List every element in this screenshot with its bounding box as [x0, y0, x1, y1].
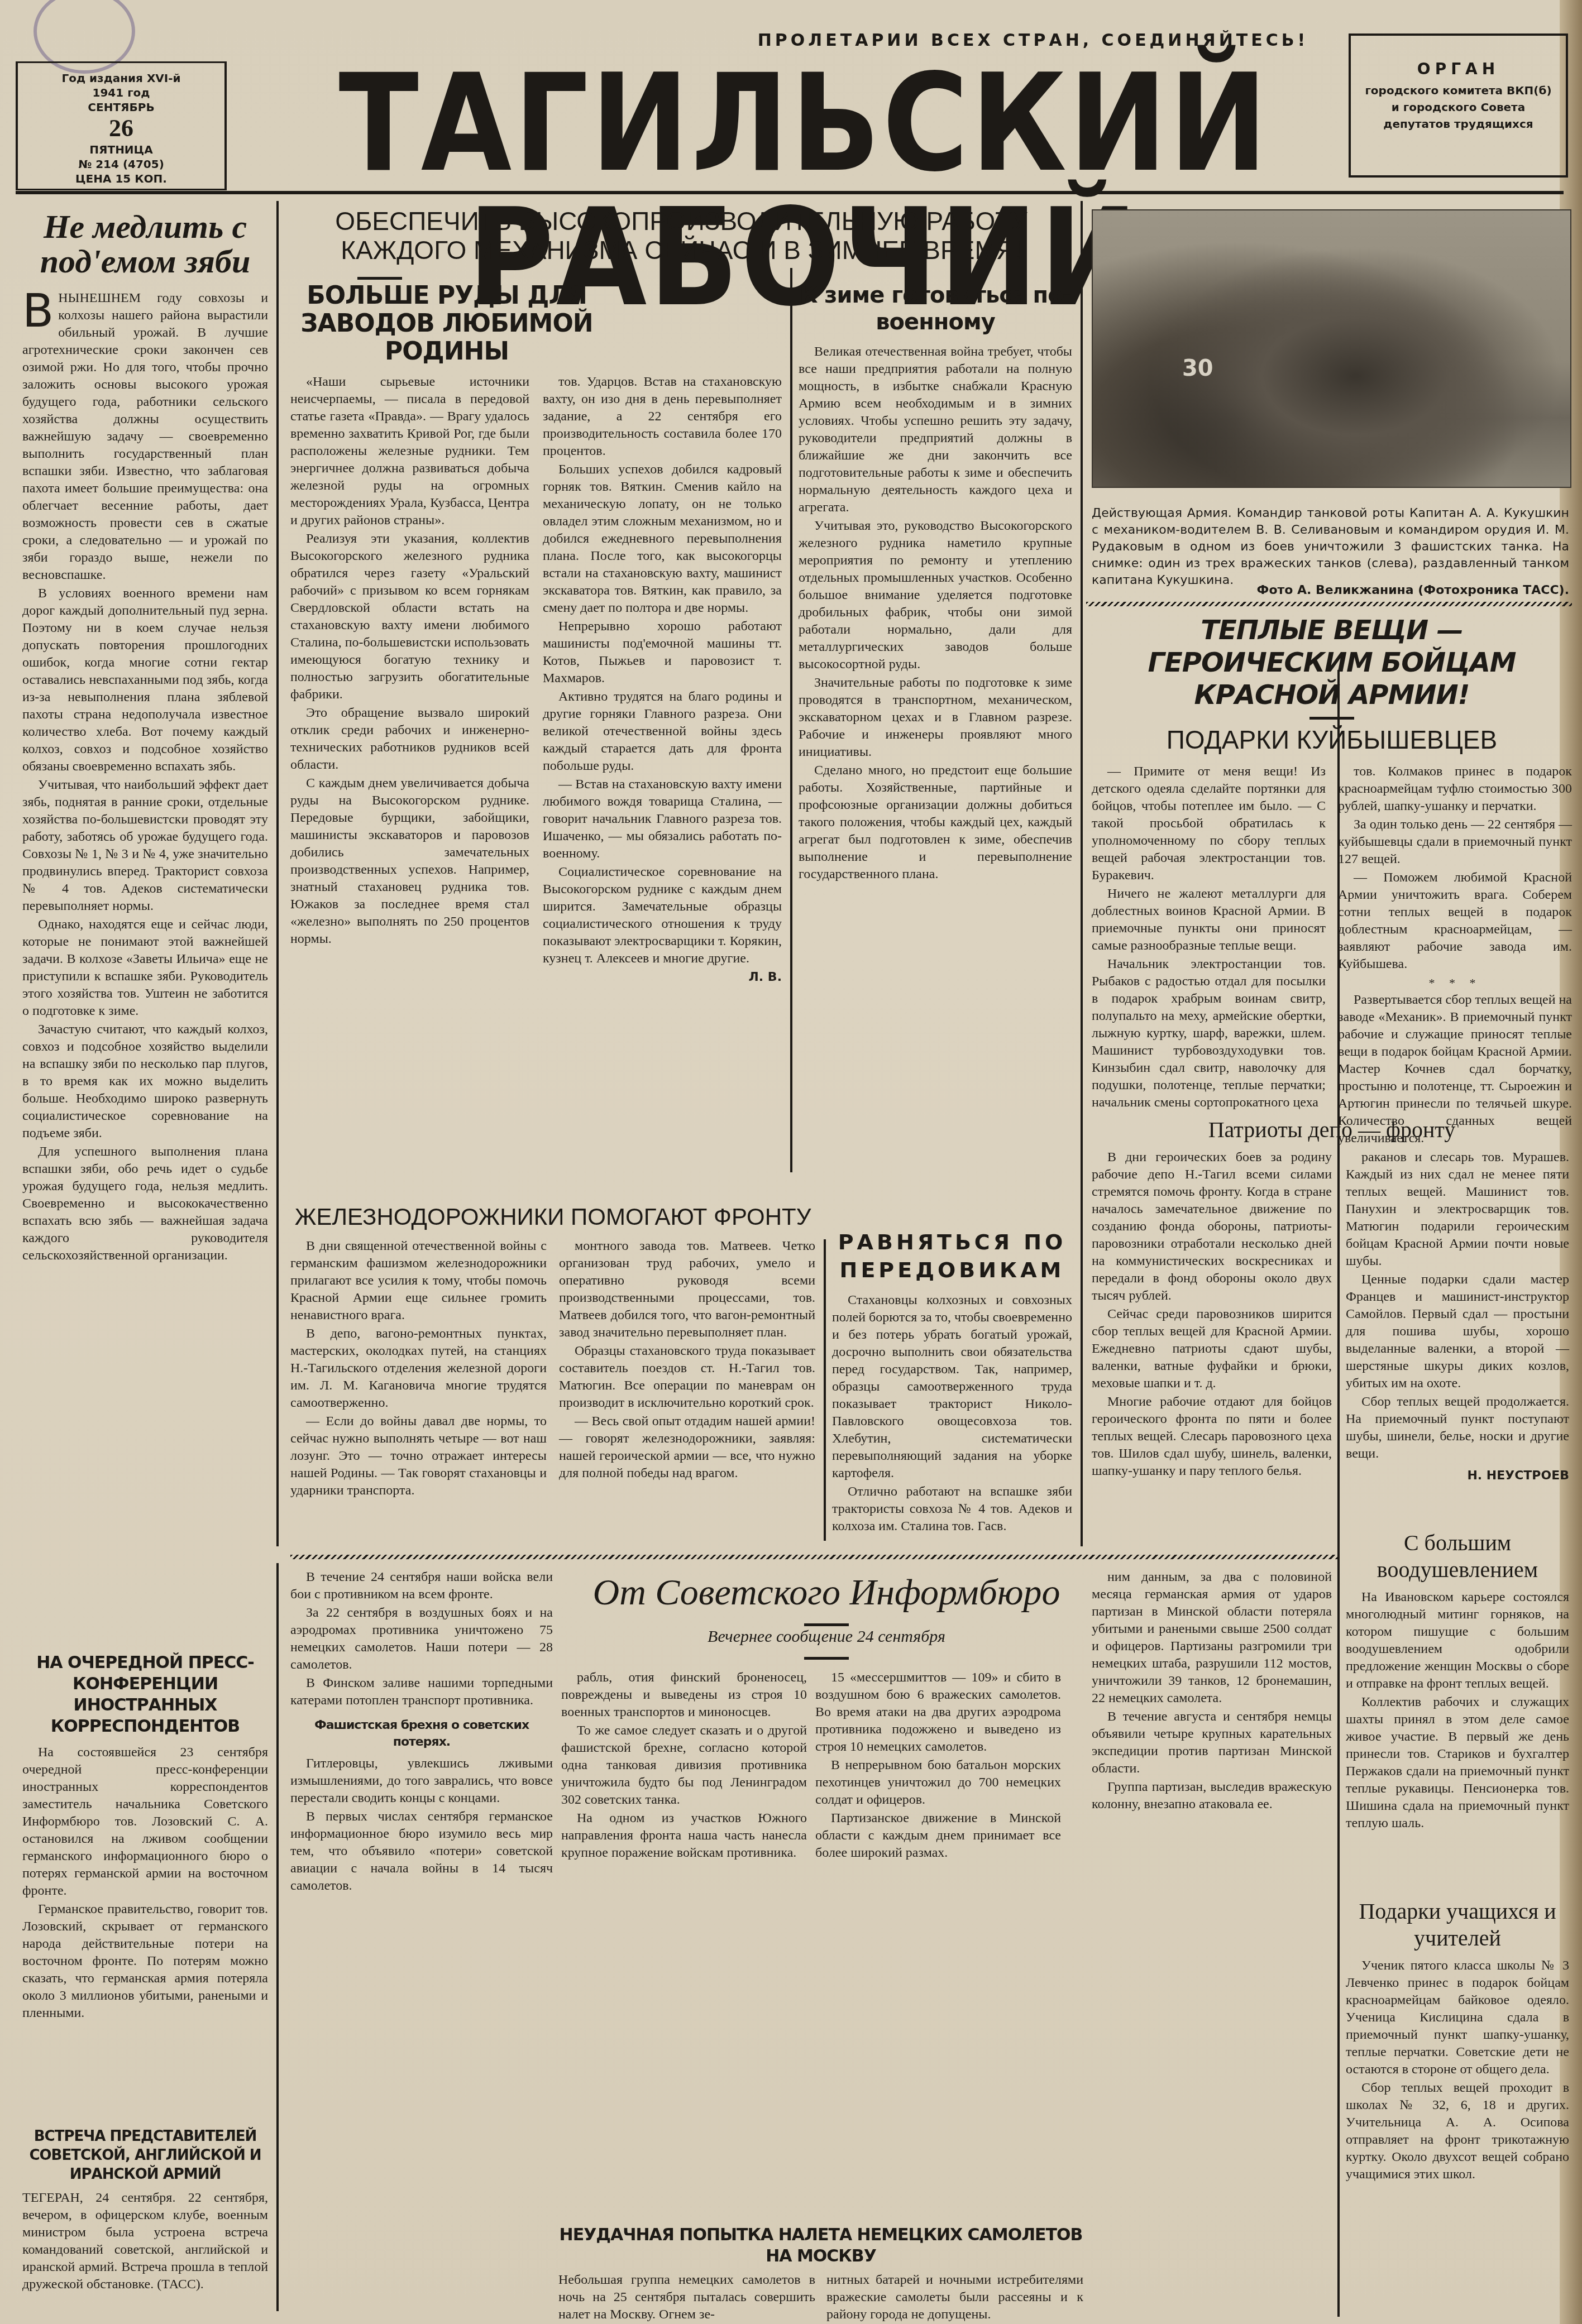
- sovinform-column-1: В течение 24 сентября наши войска вели б…: [290, 1569, 553, 1896]
- issue-year: 1941 год: [18, 85, 224, 100]
- paragraph: В течение 24 сентября наши войска вели б…: [290, 1569, 553, 1603]
- paragraph: — Весь свой опыт отдадим нашей армии! — …: [559, 1413, 815, 1482]
- ore-article: БОЛЬШЕ РУДЫ ДЛЯ ЗАВОДОВ ЛЮБИМОЙ РОДИНЫ «…: [290, 282, 782, 986]
- signature: Н. НЕУСТРОЕВ: [1346, 1467, 1569, 1484]
- paragraph: На состоявшейся 23 сентября очередной пр…: [22, 1744, 268, 1900]
- raid-article: НЕУДАЧНАЯ ПОПЫТКА НАЛЕТА НЕМЕЦКИХ САМОЛЕ…: [558, 2225, 1083, 2323]
- photo-credit: Фото А. Великжанина (Фотохроника ТАСС).: [1092, 583, 1569, 597]
- column-divider: [824, 1239, 826, 1541]
- paragraph: Значительные работы по подготовке к зиме…: [799, 674, 1072, 761]
- paragraph: За один только день — 22 сентября — куйб…: [1338, 816, 1572, 868]
- warm-things-title: ПОДАРКИ КУЙБЫШЕВЦЕВ: [1092, 725, 1572, 754]
- meeting-article: ВСТРЕЧА ПРЕДСТАВИТЕЛЕЙ СОВЕТСКОЙ, АНГЛИЙ…: [22, 2127, 268, 2293]
- ore-article-columns: «Наши сырьевые источники неисчерпаемы, —…: [290, 373, 782, 986]
- paragraph: Сделано много, но предстоит еще большие …: [799, 762, 1072, 883]
- paragraph: Ценные подарки сдали мастер Францев и ма…: [1346, 1271, 1569, 1392]
- wavy-divider: [290, 1555, 1337, 1559]
- depot-title: Патриоты депо — фронту: [1092, 1117, 1572, 1143]
- sovinform-column-3: 15 «мессершмиттов — 109» и сбито в возду…: [815, 1669, 1061, 1863]
- railway-article: ЖЕЛЕЗНОДОРОЖНИКИ ПОМОГАЮТ ФРОНТУ В дни с…: [290, 1203, 815, 1501]
- issue-number: № 214 (4705): [18, 157, 224, 171]
- railway-columns: В дни священной отечественной войны с ге…: [290, 1238, 815, 1501]
- paragraph: В дни героических боев за родину рабочие…: [1092, 1149, 1332, 1305]
- warm-things-columns: — Примите от меня вещи! Из детского одея…: [1092, 763, 1572, 1148]
- issue-info-box: Год издания XVI-й 1941 год СЕНТЯБРЬ 26 П…: [16, 61, 227, 190]
- article-body: На состоявшейся 23 сентября очередной пр…: [22, 1744, 268, 2022]
- sovinform-column-2: рабль, отия финский броненосец, поврежде…: [561, 1669, 807, 1863]
- railway-article-title: ЖЕЛЕЗНОДОРОЖНИКИ ПОМОГАЮТ ФРОНТУ: [290, 1203, 815, 1231]
- paragraph: Многие рабочие отдают для бойцов героиче…: [1092, 1393, 1332, 1480]
- paragraph: Сейчас среди паровозников ширится сбор т…: [1092, 1306, 1332, 1392]
- paragraph: ним данным, за два с половиной месяца ге…: [1092, 1569, 1332, 1707]
- paragraph: Партизанское движение в Минской области …: [815, 1810, 1061, 1862]
- paragraph: тов. Колмаков принес в подарок красноарм…: [1338, 763, 1572, 815]
- wavy-divider: [1086, 602, 1572, 606]
- paragraph: Коллектив рабочих и служащих шахты приня…: [1346, 1694, 1569, 1832]
- column: В дни священной отечественной войны с ге…: [290, 1238, 547, 1501]
- tank-number: 30: [1182, 356, 1213, 381]
- organ-line-2: и городского Совета: [1351, 99, 1566, 116]
- paragraph: «Наши сырьевые источники неисчерпаемы, —…: [290, 373, 529, 529]
- meeting-text: ТЕГЕРАН, 24 сентября. 22 сентября, вечер…: [22, 2189, 268, 2293]
- column: — Примите от меня вещи! Из детского одея…: [1092, 763, 1326, 1148]
- editorial: Не медлить с под'емом зяби В НЫНЕШНЕМ го…: [22, 209, 268, 1266]
- divider: [1309, 717, 1354, 720]
- raid-title: НЕУДАЧНАЯ ПОПЫТКА НАЛЕТА НЕМЕЦКИХ САМОЛЕ…: [558, 2225, 1083, 2267]
- depot-column-2: раканов и слесарь тов. Мурашев. Каждый и…: [1346, 1149, 1569, 1484]
- newspaper-page: ПРОЛЕТАРИИ ВСЕХ СТРАН, СОЕДИНЯЙТЕСЬ! ТАГ…: [0, 0, 1582, 2324]
- organ-line-1: городского комитета ВКП(б): [1351, 82, 1566, 99]
- paragraph: Больших успехов добился кадровый горняк …: [543, 461, 782, 617]
- paragraph: — Встав на стахановскую вахту имени люби…: [543, 776, 782, 862]
- signature: Л. В.: [543, 969, 782, 986]
- paragraph: рабль, отия финский броненосец, поврежде…: [561, 1669, 807, 1721]
- paragraph: 15 «мессершмиттов — 109» и сбито в возду…: [815, 1669, 1061, 1756]
- warm-things-banner: ТЕПЛЫЕ ВЕЩИ — ГЕРОИЧЕСКИМ БОЙЦАМ КРАСНОЙ…: [1092, 614, 1572, 711]
- winter-article: К зиме готовиться по-военному Великая от…: [799, 282, 1072, 884]
- sovinform-column-4: ним данным, за два с половиной месяца ге…: [1092, 1569, 1332, 1814]
- paragraph: Это обращение вызвало широкий отклик сре…: [290, 705, 529, 774]
- tank-photo: 30: [1092, 209, 1571, 488]
- divider: [804, 1623, 849, 1626]
- paragraph: — Поможем любимой Красной Армии уничтожи…: [1338, 869, 1572, 973]
- paragraph: В депо, вагоно-ремонтных пунктах, мастер…: [290, 1325, 547, 1412]
- catch-up-title: РАВНЯТЬСЯ ПО ПЕРЕДОВИКАМ: [832, 1228, 1072, 1284]
- paragraph: На Ивановском карьере состоялся многолюд…: [1346, 1589, 1569, 1693]
- paragraph: В дни священной отечественной войны с ге…: [290, 1238, 547, 1324]
- meeting-title: ВСТРЕЧА ПРЕДСТАВИТЕЛЕЙ СОВЕТСКОЙ, АНГЛИЙ…: [22, 2127, 268, 2184]
- ore-article-title: БОЛЬШЕ РУДЫ ДЛЯ ЗАВОДОВ ЛЮБИМОЙ РОДИНЫ: [290, 282, 603, 366]
- paragraph: тов. Ударцов. Встав на стахановскую вахт…: [543, 373, 782, 460]
- divider: [357, 277, 402, 280]
- paragraph: Отлично работают на вспашке зяби трактор…: [832, 1483, 1072, 1535]
- students-article: Подарки учащихся и учителей Ученик пятог…: [1346, 1898, 1569, 2184]
- paragraph: Учитывая это, руководство Высокогорского…: [799, 517, 1072, 673]
- article-body: На Ивановском карьере состоялся многолюд…: [1346, 1589, 1569, 1832]
- column-divider: [790, 268, 792, 1172]
- students-title: Подарки учащихся и учителей: [1346, 1898, 1569, 1952]
- paragraph: В течение августа и сентября немцы объяв…: [1092, 1708, 1332, 1777]
- issue-weekday: ПЯТНИЦА: [18, 142, 224, 157]
- paragraph: В непрерывном бою батальон морских пехот…: [815, 1757, 1061, 1809]
- paragraph: Гитлеровцы, увлекшись лживыми измышления…: [290, 1755, 553, 1807]
- paragraph: Группа партизан, выследив вражескую коло…: [1092, 1779, 1332, 1813]
- paragraph: — Если до войны давал две нормы, то сейч…: [290, 1413, 547, 1499]
- paragraph: Ученик пятого класса школы № 3 Левченко …: [1346, 1957, 1569, 2078]
- press-conference-article: НА ОЧЕРЕДНОЙ ПРЕСС-КОНФЕРЕНЦИИ ИНОСТРАНН…: [22, 1652, 268, 2023]
- article-body: Ученик пятого класса школы № 3 Левченко …: [1346, 1957, 1569, 2183]
- column-divider: [276, 201, 279, 1546]
- column: тов. Колмаков принес в подарок красноарм…: [1338, 763, 1572, 1148]
- warm-things-section: ТЕПЛЫЕ ВЕЩИ — ГЕРОИЧЕСКИМ БОЙЦАМ КРАСНОЙ…: [1092, 614, 1572, 1148]
- divider: [804, 1657, 849, 1660]
- paragraph: Для успешного выполнения плана вспашки з…: [22, 1143, 268, 1264]
- paragraph: Германское правительство, говорит тов. Л…: [22, 1901, 268, 2022]
- paragraph: раканов и слесарь тов. Мурашев. Каждый и…: [1346, 1149, 1569, 1270]
- column: В дни героических боев за родину рабочие…: [1092, 1149, 1332, 1480]
- year-of-publication: Год издания XVI-й: [18, 71, 224, 85]
- paragraph: НЫНЕШНЕМ году совхозы и колхозы нашего р…: [22, 290, 268, 584]
- paragraph: Ничего не жалеют металлурги для доблестн…: [1092, 885, 1326, 955]
- masthead-rule: [16, 191, 1564, 194]
- sovinform-subtitle: Вечернее сообщение 24 сентября: [575, 1627, 1078, 1646]
- organ-box: ОРГАН городского комитета ВКП(б) и город…: [1349, 33, 1568, 178]
- column: монтного завода тов. Матвеев. Четко орга…: [559, 1238, 815, 1501]
- press-conference-title: НА ОЧЕРЕДНОЙ ПРЕСС-КОНФЕРЕНЦИИ ИНОСТРАНН…: [22, 1652, 268, 1737]
- paragraph: В Финском заливе нашими торпедными катер…: [290, 1675, 553, 1709]
- paragraph: Великая отечественная война требует, что…: [799, 343, 1072, 516]
- catch-up-article: РАВНЯТЬСЯ ПО ПЕРЕДОВИКАМ Стахановцы колх…: [832, 1228, 1072, 1536]
- raid-columns: Небольшая группа немецких самолетов в но…: [558, 2272, 1083, 2323]
- issue-price: ЦЕНА 15 КОП.: [18, 171, 224, 186]
- article-body: Великая отечественная война требует, что…: [799, 343, 1072, 883]
- paragraph: Активно трудятся на благо родины и други…: [543, 688, 782, 775]
- sovinform-subheading: Фашистская брехня о советских потерях.: [290, 1717, 553, 1751]
- paragraph: За 22 сентября в воздушных боях и на аэр…: [290, 1604, 553, 1674]
- organ-label: ОРГАН: [1351, 61, 1566, 78]
- paragraph: На одном из участков Южного направления …: [561, 1810, 807, 1862]
- paragraph: Учитывая, что наибольший эффект дает зяб…: [22, 777, 268, 915]
- column: Небольшая группа немецких самолетов в но…: [558, 2272, 815, 2323]
- enthusiasm-article: С большим воодушевлением На Ивановском к…: [1346, 1530, 1569, 1833]
- paragraph: С каждым днем увеличивается добыча руды …: [290, 775, 529, 948]
- paragraph: Образцы стахановского труда показывает с…: [559, 1343, 815, 1412]
- drop-cap: В: [22, 292, 54, 331]
- paragraph: Начальник электростанции тов. Рыбаков с …: [1092, 956, 1326, 1111]
- issue-month: СЕНТЯБРЬ: [18, 100, 224, 114]
- issue-day: 26: [18, 114, 224, 142]
- article-body: Стахановцы колхозных и совхозных полей б…: [832, 1292, 1072, 1535]
- column-divider: [276, 1563, 279, 2311]
- paragraph: монтного завода тов. Матвеев. Четко орга…: [559, 1238, 815, 1341]
- paragraph: В условиях военного времени нам дорог ка…: [22, 585, 268, 775]
- editorial-title: Не медлить с под'емом зяби: [22, 209, 268, 279]
- column: нитных батарей и ночными истребителями в…: [826, 2272, 1083, 2323]
- winter-article-title: К зиме готовиться по-военному: [799, 282, 1072, 336]
- paragraph: В первых числах сентября германское инфо…: [290, 1808, 553, 1895]
- paragraph: Однако, находятся еще и сейчас люди, кот…: [22, 916, 268, 1020]
- paragraph: Социалистическое соревнование на Высоког…: [543, 864, 782, 967]
- paragraph: — Примите от меня вещи! Из детского одея…: [1092, 763, 1326, 884]
- paragraph: Реализуя эти указания, коллектив Высоког…: [290, 530, 529, 703]
- paragraph: То же самое следует сказать и о другой ф…: [561, 1722, 807, 1809]
- paragraph: Зачастую считают, что каждый колхоз, сов…: [22, 1021, 268, 1142]
- paragraph: Непрерывно хорошо работают машинисты под…: [543, 618, 782, 687]
- organ-line-3: депутатов трудящихся: [1351, 116, 1566, 132]
- enthusiasm-title: С большим воодушевлением: [1346, 1530, 1569, 1583]
- editorial-body: В НЫНЕШНЕМ году совхозы и колхозы нашего…: [22, 290, 268, 1264]
- photo-caption: Действующая Армия. Командир танковой рот…: [1092, 505, 1569, 589]
- column-divider: [1081, 201, 1083, 1546]
- lead-banner: ОБЕСПЕЧИТЬ ВЫСОКОПРОИЗВОДИТЕЛЬНУЮ РАБОТУ…: [290, 207, 1072, 265]
- column: тов. Ударцов. Встав на стахановскую вахт…: [543, 373, 782, 986]
- paragraph: Стахановцы колхозных и совхозных полей б…: [832, 1292, 1072, 1482]
- paragraph: Сбор теплых вещей проходит в школах № 32…: [1346, 2079, 1569, 2183]
- asterisk-divider: * * *: [1338, 974, 1572, 991]
- column: «Наши сырьевые источники неисчерпаемы, —…: [290, 373, 529, 986]
- depot-article: Патриоты депо — фронту В дни героических…: [1092, 1117, 1332, 1481]
- sovinform-title: От Советского Информбюро: [575, 1571, 1078, 1614]
- paragraph: Сбор теплых вещей продолжается. На прием…: [1346, 1393, 1569, 1463]
